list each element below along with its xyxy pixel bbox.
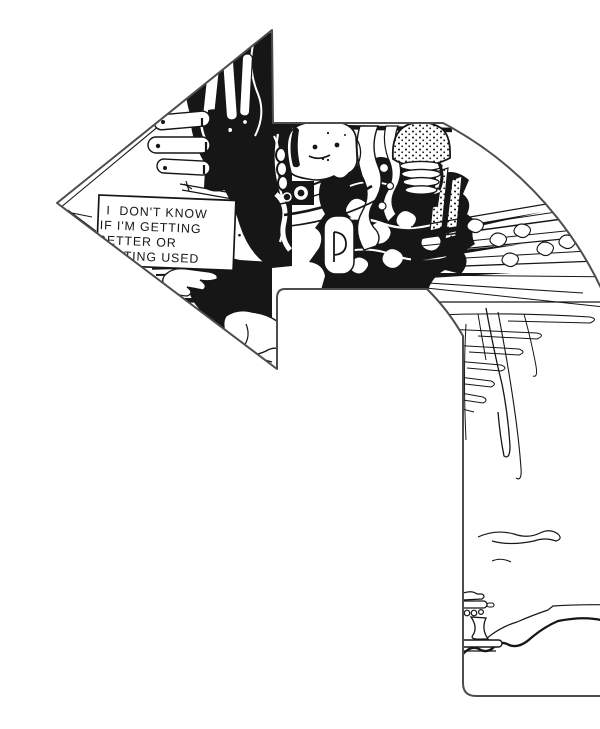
debris-blob — [502, 253, 518, 267]
artwork-interior: I DON'T KNOW IF I'M GETTING BETTER OR GE… — [40, 16, 600, 713]
speech-box: I DON'T KNOW IF I'M GETTING BETTER OR GE… — [95, 195, 236, 270]
torso-panel — [324, 216, 354, 274]
under-box-machinery-art — [152, 256, 291, 362]
debris-blob — [490, 233, 506, 247]
debris-blob — [514, 224, 530, 238]
speech-line-4: GETTING USED — [95, 248, 199, 266]
melt-blob — [224, 311, 291, 355]
left-eye — [313, 145, 318, 150]
right-eye — [335, 143, 340, 148]
arrow-illustration-svg: I DON'T KNOW IF I'M GETTING BETTER OR GE… — [40, 16, 600, 713]
debris-blob — [559, 235, 575, 249]
artwork-background — [40, 16, 600, 713]
debris-blob — [467, 219, 483, 233]
debris-blob — [537, 242, 553, 256]
illustrated-arrow-figure: I DON'T KNOW IF I'M GETTING BETTER OR GE… — [40, 16, 600, 713]
